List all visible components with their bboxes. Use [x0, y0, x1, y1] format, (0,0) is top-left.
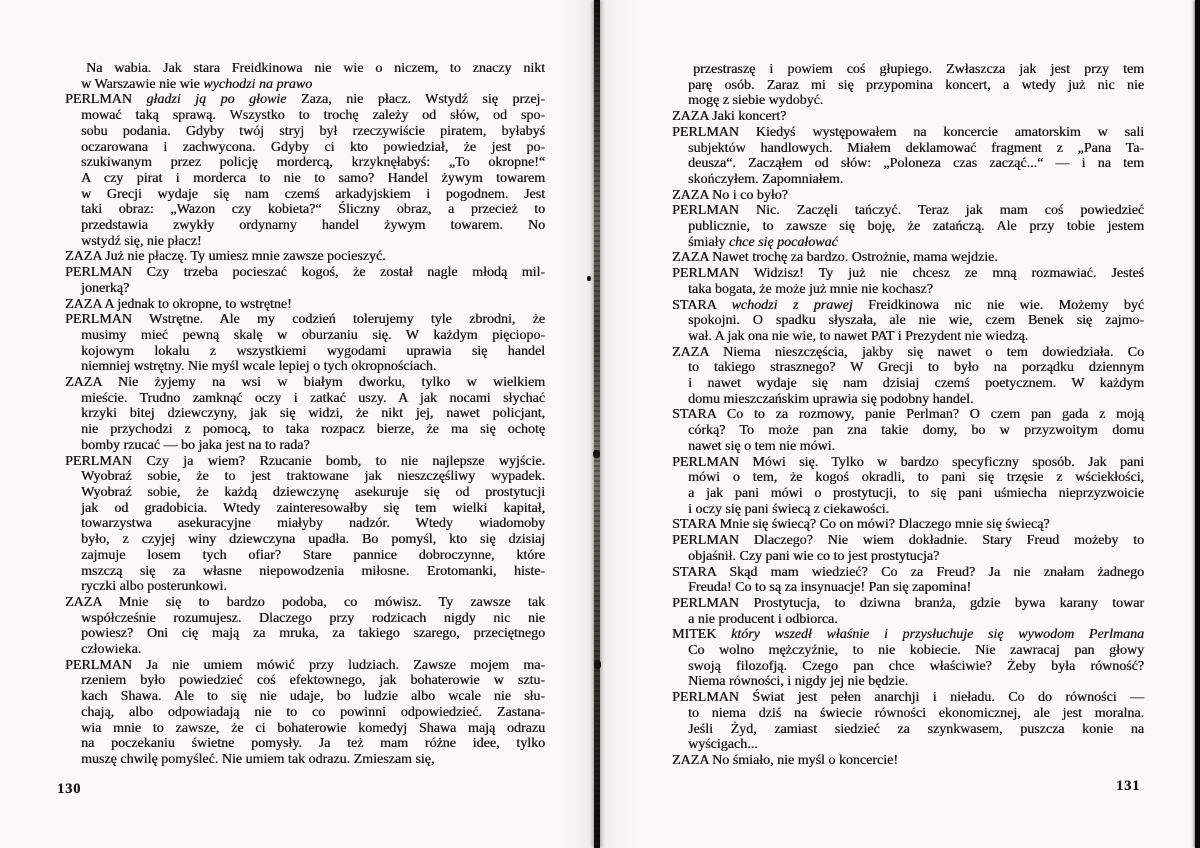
dialogue-text: wał. A jak ona nie wie, to nawet PAT i P… [688, 329, 1028, 344]
dialogue-text: krzyki bitej dziewczyny, jak się widzi, … [81, 406, 545, 421]
dialogue-text: ZAZA Mnie się to bardzo podoba, co mówis… [65, 595, 545, 610]
text-line: nie przychodzi z pomocą, to taka rozpacz… [81, 422, 545, 438]
stage-direction-text: chce się pocałować [729, 235, 838, 250]
text-line: przestraszę i powiem coś głupiego. Zwłas… [688, 62, 1144, 78]
text-line: jak od gradobicia. Wtedy zainteresowałby… [81, 501, 545, 517]
dialogue-text: musimy mieć pewną skalę w oburzaniu się.… [81, 328, 545, 343]
dialogue-text: towarzystwa asekuracyjne miałyby nadzór.… [81, 516, 545, 531]
dialogue-text: parę osób. Zaraz mi się przypomina konce… [688, 78, 1144, 93]
speech-paragraph: PERLMAN Prostytucja, to dziwna branża, g… [672, 596, 1144, 627]
text-line: jonerką? [81, 281, 545, 297]
text-line: to niema dziś na świecie równości ekonom… [688, 706, 1144, 722]
dialogue-text: MITEK [672, 627, 731, 642]
stage-direction-text: gładzi ją po głowie [146, 92, 286, 107]
dialogue-text: taki obraz: „Wazon czy kobieta?“ Śliczny… [81, 202, 545, 217]
speech-paragraph: ZAZA Niema nieszczęścia, jakby się nawet… [672, 345, 1144, 408]
speech-paragraph: PERLMAN Czy ja wiem? Rzucanie bomb, to n… [65, 454, 545, 595]
text-line: objaśnił. Czy pani wie co to jest prosty… [688, 549, 1144, 565]
text-line: mieście. Trudno zamknąć oczy i zatkać us… [81, 391, 545, 407]
text-line: wia mnie to zawsze, że ci bohaterowie ko… [81, 721, 545, 737]
dialogue-text: w Warszawie nie wie [81, 77, 203, 92]
dialogue-text: to takiego strasznego? W Grecji to było … [688, 360, 1144, 375]
text-line: A czy pirat i morderca to nie to samo? H… [81, 171, 545, 187]
text-line: w Warszawie nie wie wychodzi na prawo [81, 77, 545, 93]
stage-direction-text: który wszedł właśnie i przysłuchuje się … [731, 627, 1144, 642]
speech-paragraph: STARA Skąd mam wiedzieć? Co za Freud? Ja… [672, 565, 1144, 596]
dialogue-text: muszę chwilę pomyśleć. Nie umiem tak odr… [81, 752, 434, 767]
dialogue-text: deusza“. Zacząłem od słów: „Poloneza cza… [688, 156, 1144, 171]
text-line: to takiego strasznego? W Grecji to było … [688, 360, 1144, 376]
text-line: kojowym lokalu z wszystkiemi wygodami up… [81, 344, 545, 360]
text-line: ZAZA A jednak to okropne, to wstrętne! [65, 297, 545, 313]
text-line: człowieka. [81, 642, 545, 658]
text-line: córką? To może pan zna takie domy, bo w … [688, 423, 1144, 439]
text-line: STARA Co to za rozmowy, panie Perlman? O… [672, 407, 1144, 423]
text-line: mszczą się za własne niepowodzenia miłos… [81, 564, 545, 580]
dialogue-text: wstydź się, nie płacz! [81, 234, 202, 249]
dialogue-text: kach Shawa. Ale to się nie udaje, bo lud… [81, 689, 545, 704]
speech-paragraph: PERLMAN Ja nie umiem mówić przy ludziach… [65, 658, 545, 768]
text-line: PERLMAN Dlaczego? Nie wiem dokładnie. St… [672, 533, 1144, 549]
text-line: PERLMAN Ja nie umiem mówić przy ludziach… [65, 658, 545, 674]
text-line: ZAZA Jaki koncert? [672, 109, 1144, 125]
text-line: PERLMAN Kiedyś występowałem na koncercie… [672, 125, 1144, 141]
dialogue-text: rzeniem było powiedzieć coś efektownego,… [81, 673, 545, 688]
text-line: Na wabia. Jak stara Freidkinowa nie wie … [81, 61, 545, 77]
text-line: kach Shawa. Ale to się nie udaje, bo lud… [81, 689, 545, 705]
dialogue-text: wyścigach... [688, 737, 758, 752]
dialogue-text: subjektów handlowych. Miałem deklamować … [688, 141, 1144, 156]
speech-paragraph: ZAZA Mnie się to bardzo podoba, co mówis… [65, 595, 545, 658]
text-line: subjektów handlowych. Miałem deklamować … [688, 141, 1144, 157]
dialogue-text: kojowym lokalu z wszystkiemi wygodami up… [81, 344, 545, 359]
text-line: niemniej wstrętny. Nie myśl wcale lepiej… [81, 359, 545, 375]
dialogue-text: mszczą się za własne niepowodzenia miłos… [81, 564, 545, 579]
text-line: PERLMAN Wstrętne. Ale my codzień toleruj… [65, 312, 545, 328]
dialogue-text: Jeśli Żyd, zamiast siedzieć za szynkwase… [688, 722, 1144, 737]
dialogue-text: współcześnie rozumujesz. Dlaczego przy r… [81, 611, 545, 626]
page-number-right: 131 [1116, 778, 1140, 795]
dialogue-text: córką? To może pan zna takie domy, bo w … [688, 423, 1144, 438]
dialogue-text: PERLMAN Nic. Zaczęli tańczyć. Teraz jak … [672, 203, 1144, 218]
speech-paragraph: ZAZA A jednak to okropne, to wstrętne! [65, 297, 545, 313]
dialogue-text: PERLMAN Czy ja wiem? Rzucanie bomb, to n… [65, 454, 545, 469]
text-line: ZAZA Nie żyjemy na wsi w białym dworku, … [65, 375, 545, 391]
dialogue-text: ZAZA Niema nieszczęścia, jakby się nawet… [672, 345, 1144, 360]
text-line: deusza“. Zacząłem od słów: „Poloneza cza… [688, 156, 1144, 172]
text-line: mogę z siebie wydobyć. [688, 93, 1144, 109]
text-line: domu mieszczańskim uprawia się podobny h… [688, 392, 1144, 408]
dialogue-text: jonerką? [81, 281, 129, 296]
dialogue-text: przedstawia zwykły ordynarny handel żywy… [81, 218, 545, 233]
text-line: parę osób. Zaraz mi się przypomina konce… [688, 78, 1144, 94]
text-line: taki obraz: „Wazon czy kobieta?“ Śliczny… [81, 202, 545, 218]
dialogue-text: PERLMAN Dlaczego? Nie wiem dokładnie. St… [672, 533, 1144, 548]
book-spread-scan: { "colors": { "paper": "#faf9f6", "ink":… [0, 0, 1200, 848]
speech-paragraph: ZAZA Już nie płaczę. Ty umiesz mnie zaws… [65, 249, 545, 265]
text-line: współcześnie rozumujesz. Dlaczego przy r… [81, 611, 545, 627]
dialogue-text: oczarowana i zachwycona. Gdyby ci kto po… [81, 140, 545, 155]
dialogue-text: spokojni. O spadku słyszała, ale nie wie… [688, 313, 1144, 328]
dialogue-text: STARA Co to za rozmowy, panie Perlman? O… [672, 407, 1144, 422]
text-line: PERLMAN Czy ja wiem? Rzucanie bomb, to n… [65, 454, 545, 470]
text-line: nawet się o tem nie mówi. [688, 439, 1144, 455]
dialogue-text: PERLMAN Mówi się. Tylko w bardzo specyfi… [672, 455, 1144, 470]
dialogue-text: ZAZA No i co było? [672, 188, 788, 203]
page-text-left: Na wabia. Jak stara Freidkinowa nie wie … [65, 61, 545, 768]
text-line: MITEK który wszedł właśnie i przysłuchuj… [672, 627, 1144, 643]
text-line: oczarowana i zachwycona. Gdyby ci kto po… [81, 140, 545, 156]
dialogue-text: A czy pirat i morderca to nie to samo? H… [81, 171, 545, 186]
text-line: PERLMAN Widzisz! Ty już nie chcesz ze mn… [672, 266, 1144, 282]
speech-paragraph: PERLMAN Wstrętne. Ale my codzień toleruj… [65, 312, 545, 375]
dialogue-text: ZAZA Jaki koncert? [672, 109, 786, 124]
text-line: musimy mieć pewną skalę w oburzaniu się.… [81, 328, 545, 344]
text-line: Freuda! Co to są za insynuacje! Pan się … [688, 580, 1144, 596]
dialogue-text: chają, albo odpowiadają nie to co powinn… [81, 705, 545, 720]
text-line: STARA Mnie się świecą? Co on mówi? Dlacz… [672, 517, 1144, 533]
dialogue-text: Co wolno mężczyźnie, to nie kobiecie. Ni… [688, 643, 1144, 658]
text-line: przedstawia zwykły ordynarny handel żywy… [81, 218, 545, 234]
text-line: PERLMAN Nic. Zaczęli tańczyć. Teraz jak … [672, 203, 1144, 219]
dialogue-text: niemniej wstrętny. Nie myśl wcale lepiej… [81, 359, 436, 374]
scan-speck [594, 660, 601, 669]
text-line: ZAZA Niema nieszczęścia, jakby się nawet… [672, 345, 1144, 361]
text-line: mować taką sprawą. Wszystko to trochę za… [81, 108, 545, 124]
text-line: ryczki albo posterunkowi. [81, 579, 545, 595]
speech-paragraph: ZAZA No i co było? [672, 188, 1144, 204]
text-line: śmiały chce się pocałować [688, 235, 1144, 251]
speech-paragraph: ZAZA Nie żyjemy na wsi w białym dworku, … [65, 375, 545, 454]
dialogue-text: objaśnił. Czy pani wie co to jest prosty… [688, 549, 939, 564]
text-line: i nawet wydaje się nam dzisiaj czemś poe… [688, 376, 1144, 392]
dialogue-text: domu mieszczańskim uprawia się podobny h… [688, 392, 973, 407]
text-line: STARA wchodzi z prawej Freidkinowa nic n… [672, 298, 1144, 314]
text-line: wał. A jak ona nie wie, to nawet PAT i P… [688, 329, 1144, 345]
text-line: było, z czyjej winy dziewczyna upadła. B… [81, 532, 545, 548]
dialogue-text: to niema dziś na świecie równości ekonom… [688, 706, 1144, 721]
text-line: wyścigach... [688, 737, 1144, 753]
speech-paragraph: PERLMAN Kiedyś występowałem na koncercie… [672, 125, 1144, 188]
dialogue-text: ryczki albo posterunkowi. [81, 579, 227, 594]
dialogue-text: mówi o tem, że kogoś okradli, to pani si… [688, 470, 1144, 485]
speech-paragraph: PERLMAN Widzisz! Ty już nie chcesz ze mn… [672, 266, 1144, 297]
text-line: ZAZA Mnie się to bardzo podoba, co mówis… [65, 595, 545, 611]
text-line: Niema równości, i nigdy jej nie będzie. [688, 674, 1144, 690]
text-line: wstydź się, nie płacz! [81, 234, 545, 250]
text-line: powiesz? Oni cię mają za mruka, za takie… [81, 626, 545, 642]
dialogue-text: nie przychodzi z pomocą, to taka rozpacz… [81, 422, 545, 437]
dialogue-text: wia mnie to zawsze, że ci bohaterowie ko… [81, 721, 545, 736]
text-line: taka bogata, że może już mnie nie kochas… [688, 282, 1144, 298]
dialogue-text: a nie producent i odbiorca. [688, 612, 838, 627]
scan-speck [593, 450, 600, 458]
text-line: towarzystwa asekuracyjne miałyby nadzór.… [81, 516, 545, 532]
text-line: szukiwanym przez policję mordercą, krzyk… [81, 155, 545, 171]
speech-paragraph: PERLMAN Świat jest pełen anarchji i nieł… [672, 690, 1144, 753]
dialogue-text: swoją filozofją. Czego pan chce właściwi… [688, 659, 1144, 674]
speech-paragraph: Na wabia. Jak stara Freidkinowa nie wie … [65, 61, 545, 92]
dialogue-text: Na wabia. Jak stara Freidkinowa nie wie … [86, 61, 545, 76]
dialogue-text: STARA Mnie się świecą? Co on mówi? Dlacz… [672, 517, 1050, 532]
text-line: mówi o tem, że kogoś okradli, to pani si… [688, 470, 1144, 486]
text-line: PERLMAN Mówi się. Tylko w bardzo specyfi… [672, 455, 1144, 471]
text-line: w Grecji wydaje się nam czemś arkadyjski… [81, 187, 545, 203]
dialogue-text: bomby rzucać — bo jaka jest na to rada? [81, 438, 310, 453]
text-line: PERLMAN Czy trzeba pocieszać kogoś, że z… [65, 265, 545, 281]
dialogue-text: nawet się o tem nie mówi. [688, 439, 835, 454]
text-line: ZAZA Już nie płaczę. Ty umiesz mnie zaws… [65, 249, 545, 265]
dialogue-text: ZAZA Nawet trochę za bardzo. Ostrożnie, … [672, 250, 998, 265]
dialogue-text: powiesz? Oni cię mają za mruka, za takie… [81, 626, 545, 641]
text-line: ZAZA Nawet trochę za bardzo. Ostrożnie, … [672, 250, 1144, 266]
dialogue-text: ZAZA Nie żyjemy na wsi w białym dworku, … [65, 375, 545, 390]
dialogue-text: PERLMAN [65, 92, 146, 107]
dialogue-text: Freuda! Co to są za insynuacje! Pan się … [688, 580, 971, 595]
text-line: PERLMAN Prostytucja, to dziwna branża, g… [672, 596, 1144, 612]
text-line: rzeniem było powiedzieć coś efektownego,… [81, 673, 545, 689]
dialogue-text: PERLMAN Prostytucja, to dziwna branża, g… [672, 596, 1144, 611]
text-line: spokojni. O spadku słyszała, ale nie wie… [688, 313, 1144, 329]
text-line: skończyłem. Zapomniałem. [688, 172, 1144, 188]
speech-paragraph: STARA Co to za rozmowy, panie Perlman? O… [672, 407, 1144, 454]
dialogue-text: PERLMAN Czy trzeba pocieszać kogoś, że z… [65, 265, 545, 280]
dialogue-text: publicznie, to zawsze się boję, że zatań… [688, 219, 1144, 234]
text-line: ZAZA No śmiało, nie myśl o koncercie! [672, 753, 1144, 769]
speech-paragraph: ZAZA No śmiało, nie myśl o koncercie! [672, 753, 1144, 769]
dialogue-text: było, z czyjej winy dziewczyna upadła. B… [81, 532, 545, 547]
speech-paragraph: STARA wchodzi z prawej Freidkinowa nic n… [672, 298, 1144, 345]
speech-paragraph: PERLMAN Nic. Zaczęli tańczyć. Teraz jak … [672, 203, 1144, 250]
speech-paragraph: MITEK który wszedł właśnie i przysłuchuj… [672, 627, 1144, 690]
dialogue-text: skończyłem. Zapomniałem. [688, 172, 843, 187]
text-line: publicznie, to zawsze się boję, że zatań… [688, 219, 1144, 235]
speech-paragraph: PERLMAN Dlaczego? Nie wiem dokładnie. St… [672, 533, 1144, 564]
text-line: PERLMAN gładzi ją po głowie Zaza, nie pł… [65, 92, 545, 108]
dialogue-text: mieście. Trudno zamknąć oczy i zatkać us… [81, 391, 545, 406]
text-line: muszę chwilę pomyśleć. Nie umiem tak odr… [81, 752, 545, 768]
dialogue-text: Wyobraź sobie, że to jest traktowane jak… [81, 469, 545, 484]
dialogue-text: sobu podania. Gdyby twój stryj był rzecz… [81, 124, 545, 139]
text-line: zajmuje losem tych ofiar? Stare pannice … [81, 548, 545, 564]
stage-direction-text: wchodzi z prawej [731, 298, 852, 313]
text-line: STARA Skąd mam wiedzieć? Co za Freud? Ja… [672, 565, 1144, 581]
dialogue-text: PERLMAN Świat jest pełen anarchji i nieł… [672, 690, 1144, 705]
text-line: na poczekaniu świetne pomysły. Ja też ma… [81, 736, 545, 752]
dialogue-text: Wyobraź sobie, że każdą dziewczynę aseku… [81, 485, 545, 500]
scan-edge-bar [1195, 0, 1200, 848]
dialogue-text: taka bogata, że może już mnie nie kochas… [688, 282, 933, 297]
text-line: Wyobraź sobie, że to jest traktowane jak… [81, 469, 545, 485]
dialogue-text: mować taką sprawą. Wszystko to trochę za… [81, 108, 545, 123]
dialogue-text: Niema równości, i nigdy jej nie będzie. [688, 674, 908, 689]
text-line: sobu podania. Gdyby twój stryj był rzecz… [81, 124, 545, 140]
dialogue-text: a jak pani mówi o prostytucji, to się pa… [688, 486, 1144, 501]
dialogue-text: i nawet wydaje się nam dzisiaj czemś poe… [688, 376, 1144, 391]
text-line: krzyki bitej dziewczyny, jak się widzi, … [81, 406, 545, 422]
stage-direction-text: wychodzi na prawo [203, 77, 312, 92]
dialogue-text: zajmuje losem tych ofiar? Stare pannice … [81, 548, 545, 563]
gutter-binding-line [594, 0, 600, 848]
text-line: a nie producent i odbiorca. [688, 612, 1144, 628]
text-line: PERLMAN Świat jest pełen anarchji i nieł… [672, 690, 1144, 706]
scan-speck [587, 276, 591, 281]
dialogue-text: szukiwanym przez policję mordercą, krzyk… [81, 155, 545, 170]
speech-paragraph: PERLMAN Czy trzeba pocieszać kogoś, że z… [65, 265, 545, 296]
dialogue-text: STARA [672, 298, 731, 313]
speech-paragraph: PERLMAN Mówi się. Tylko w bardzo specyfi… [672, 455, 1144, 518]
dialogue-text: ZAZA No śmiało, nie myśl o koncercie! [672, 753, 898, 768]
text-line: chają, albo odpowiadają nie to co powinn… [81, 705, 545, 721]
text-line: Co wolno mężczyźnie, to nie kobiecie. Ni… [688, 643, 1144, 659]
dialogue-text: STARA Skąd mam wiedzieć? Co za Freud? Ja… [672, 565, 1144, 580]
text-line: Wyobraź sobie, że każdą dziewczynę aseku… [81, 485, 545, 501]
text-line: Jeśli Żyd, zamiast siedzieć za szynkwase… [688, 722, 1144, 738]
speech-paragraph: ZAZA Jaki koncert? [672, 109, 1144, 125]
dialogue-text: jak od gradobicia. Wtedy zainteresowałby… [81, 501, 545, 516]
dialogue-text: Zaza, nie płacz. Wstydź się przej- [286, 92, 545, 107]
dialogue-text: w Grecji wydaje się nam czemś arkadyjski… [81, 187, 545, 202]
dialogue-text: człowieka. [81, 642, 141, 657]
text-line: bomby rzucać — bo jaka jest na to rada? [81, 438, 545, 454]
speech-paragraph: przestraszę i powiem coś głupiego. Zwłas… [672, 62, 1144, 109]
dialogue-text: Freidkinowa nic nie wie. Możemy być [853, 298, 1144, 313]
text-line: swoją filozofją. Czego pan chce właściwi… [688, 659, 1144, 675]
dialogue-text: na poczekaniu świetne pomysły. Ja też ma… [81, 736, 545, 751]
speech-paragraph: ZAZA Nawet trochę za bardzo. Ostrożnie, … [672, 250, 1144, 266]
dialogue-text: śmiały [688, 235, 729, 250]
speech-paragraph: STARA Mnie się świecą? Co on mówi? Dlacz… [672, 517, 1144, 533]
page-number-left: 130 [57, 781, 81, 798]
text-line: a jak pani mówi o prostytucji, to się pa… [688, 486, 1144, 502]
dialogue-text: PERLMAN Kiedyś występowałem na koncercie… [672, 125, 1144, 140]
dialogue-text: przestraszę i powiem coś głupiego. Zwłas… [693, 62, 1144, 77]
dialogue-text: PERLMAN Ja nie umiem mówić przy ludziach… [65, 658, 545, 673]
dialogue-text: PERLMAN Wstrętne. Ale my codzień toleruj… [65, 312, 545, 327]
dialogue-text: mogę z siebie wydobyć. [688, 93, 823, 108]
dialogue-text: PERLMAN Widzisz! Ty już nie chcesz ze mn… [672, 266, 1144, 281]
dialogue-text: ZAZA Już nie płaczę. Ty umiesz mnie zaws… [65, 249, 386, 264]
speech-paragraph: PERLMAN gładzi ją po głowie Zaza, nie pł… [65, 92, 545, 249]
dialogue-text: ZAZA A jednak to okropne, to wstrętne! [65, 297, 292, 312]
text-line: ZAZA No i co było? [672, 188, 1144, 204]
dialogue-text: i oczy się pani świecą z ciekawości. [688, 502, 889, 517]
page-text-right: przestraszę i powiem coś głupiego. Zwłas… [672, 62, 1144, 769]
text-line: i oczy się pani świecą z ciekawości. [688, 502, 1144, 518]
